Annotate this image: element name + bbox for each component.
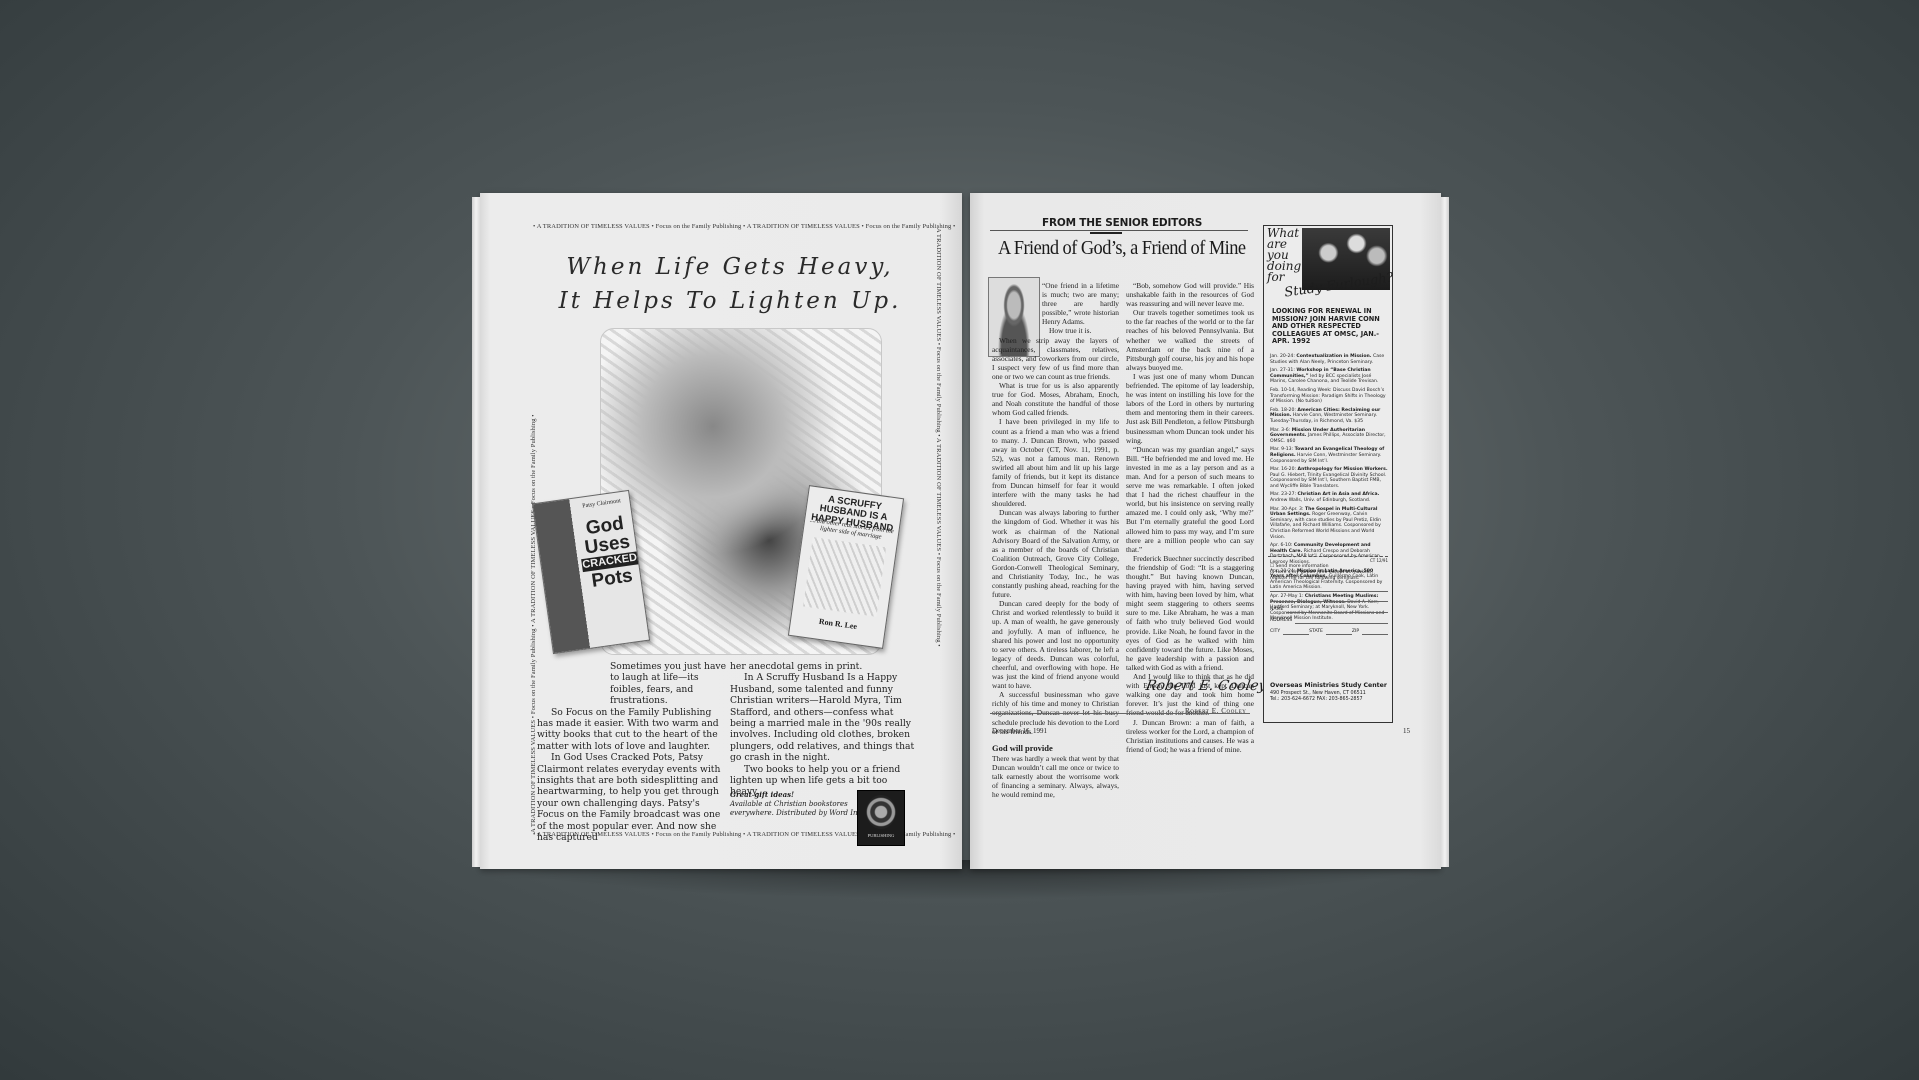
ad-paragraph: In God Uses Cracked Pots, Patsy Clairmon… xyxy=(537,752,727,843)
name-field[interactable]: NAME xyxy=(1270,606,1388,613)
zip-label: ZIP xyxy=(1352,629,1359,635)
seminar-item: Mar. 30-Apr. 3: The Gospel in Multi-Cult… xyxy=(1270,507,1388,541)
section-rule xyxy=(990,230,1248,231)
article-column-1: “One friend in a lifetime is much; two a… xyxy=(992,281,1119,799)
page-stack-edge xyxy=(1441,197,1449,867)
seminar-item: Feb. 18-20: American Cities: Reclaiming … xyxy=(1270,408,1388,425)
article-paragraph: Frederick Buechner succinctly described … xyxy=(1126,554,1254,672)
seminar-item: Mar. 3-6: Mission Under Authoritarian Go… xyxy=(1270,428,1388,445)
page-number: 15 xyxy=(1403,727,1410,735)
book2-author: Ron R. Lee xyxy=(795,613,881,634)
coupon-form: ☐ Send more information ☐ Here’s my tuit… xyxy=(1270,564,1388,635)
checkbox-label: Send more information xyxy=(1276,564,1329,569)
ad-paragraph: So Focus on the Family Publishing has ma… xyxy=(537,707,727,753)
coupon-cut-line xyxy=(1268,556,1388,557)
book-cover-god-uses-cracked-pots: Patsy Clairmont God Uses CRACKED Pots xyxy=(532,490,650,654)
ad-headline: When Life Gets Heavy, It Helps To Lighte… xyxy=(550,250,910,318)
footer-rule xyxy=(990,713,1250,714)
seminar-item: Mar. 9-13: Toward an Evangelical Theolog… xyxy=(1270,447,1388,464)
ad-border-left: A TRADITION OF TIMELESS VALUES • Focus o… xyxy=(530,414,537,833)
article-opening: “One friend in a lifetime is much; two a… xyxy=(1042,281,1119,336)
city-label: CITY xyxy=(1270,629,1280,635)
book1-author: Patsy Clairmont xyxy=(573,497,629,511)
article-paragraph: How true it is. xyxy=(1042,326,1119,335)
article-paragraph: “Bob, somehow God will provide.” His uns… xyxy=(1126,281,1254,308)
name-label: NAME xyxy=(1270,607,1283,613)
article-paragraph: I have been privileged in my life to cou… xyxy=(992,417,1119,508)
state-label: STATE xyxy=(1309,629,1323,635)
org-phone: Tel.: 203-624-6672 FAX: 203-865-2857 xyxy=(1270,697,1388,703)
ad-paragraph: Sometimes you just have to laugh at life… xyxy=(537,661,727,707)
article-headline: A Friend of God’s, a Friend of Mine xyxy=(998,237,1245,260)
ad-headline-line2: It Helps To Lighten Up. xyxy=(550,284,910,318)
coupon-code: CT 12/91 xyxy=(1370,558,1388,563)
seminar-item: Feb. 10-14, Reading Week: Discuss David … xyxy=(1270,388,1388,405)
book1-title: God Uses CRACKED Pots xyxy=(576,513,641,592)
omsc-sidebar-ad: What are you doing for Study Furlough? L… xyxy=(1263,225,1393,723)
address-label: ADDRESS xyxy=(1270,618,1292,624)
article-paragraph: Duncan cared deeply for the body of Chri… xyxy=(992,599,1119,690)
book-cover-scruffy-husband: A SCRUFFY HUSBAND IS A HAPPY HUSBAND ...… xyxy=(788,485,904,649)
city-state-zip-field[interactable]: CITY STATE ZIP xyxy=(1270,628,1388,635)
author-signature: Robert E. Cooley xyxy=(1145,678,1268,694)
publisher-logo: PUBLISHING xyxy=(857,790,905,846)
ad-body-column-1: Sometimes you just have to laugh at life… xyxy=(537,661,727,844)
ad-border-right: A TRADITION OF TIMELESS VALUES • Focus o… xyxy=(935,228,942,647)
checkbox-label: Here’s my tuition ($90 except as marked)… xyxy=(1270,570,1373,581)
ad-paragraph: her anecdotal gems in print. xyxy=(730,661,918,672)
publisher-logo-text: PUBLISHING xyxy=(858,833,904,838)
book1-title-top: God Uses xyxy=(583,513,631,558)
right-page-editorial: FROM THE SENIOR EDITORS A Friend of God’… xyxy=(970,193,1441,869)
article-subhead: God will provide xyxy=(992,744,1119,753)
gift-note: Great gift ideas! Available at Christian… xyxy=(730,790,870,818)
sidebar-script-words: What are you doing for xyxy=(1267,228,1307,283)
seminar-item: Mar. 16-20: Anthropology for Mission Wor… xyxy=(1270,467,1388,489)
article-paragraph: Our travels together sometimes took us t… xyxy=(1126,308,1254,372)
ad-border-top: • A TRADITION OF TIMELESS VALUES • Focus… xyxy=(533,223,955,230)
sidebar-headline: LOOKING FOR RENEWAL IN MISSION? JOIN HAR… xyxy=(1272,308,1387,346)
checkbox-register[interactable]: ☐ Here’s my tuition ($90 except as marke… xyxy=(1270,570,1388,582)
section-label: FROM THE SENIOR EDITORS xyxy=(1042,217,1202,229)
address-field[interactable]: ADDRESS xyxy=(1270,617,1388,624)
ad-headline-line1: When Life Gets Heavy, xyxy=(550,250,910,284)
article-paragraph: Duncan was always laboring to further th… xyxy=(992,508,1119,599)
book1-title-bottom: Pots xyxy=(590,565,634,592)
section-accent-rule xyxy=(1090,232,1122,234)
org-name: Overseas Ministries Study Center xyxy=(1270,682,1388,689)
publisher-seal-icon xyxy=(866,795,896,829)
seminar-item: Jan. 27-31: Workshop in “Base Christian … xyxy=(1270,368,1388,385)
page-stack-edge xyxy=(472,197,480,867)
issue-date: December 16, 1991 xyxy=(992,727,1047,735)
seminars-line-2[interactable] xyxy=(1270,592,1388,602)
seminar-item: Mar. 23-27: Christian Art in Asia and Af… xyxy=(1270,492,1388,503)
ad-body-column-2: her anecdotal gems in print. In A Scruff… xyxy=(730,661,918,798)
article-paragraph: “One friend in a lifetime is much; two a… xyxy=(1042,281,1119,326)
left-page-advertisement: • A TRADITION OF TIMELESS VALUES • Focus… xyxy=(480,193,962,869)
article-paragraph: I was just one of many whom Duncan befri… xyxy=(1126,372,1254,445)
article-paragraph: What is true for us is also apparently t… xyxy=(992,381,1119,417)
gift-text: Available at Christian bookstores everyw… xyxy=(730,800,864,817)
book2-illustration xyxy=(803,537,886,617)
article-paragraph: “Duncan was my guardian angel,” says Bil… xyxy=(1126,445,1254,554)
org-contact: 490 Prospect St., New Haven, CT 06511 Te… xyxy=(1270,691,1388,703)
seminars-line-1[interactable] xyxy=(1270,582,1388,592)
seminar-item: Jan. 20-24: Contextualization in Mission… xyxy=(1270,354,1388,365)
ad-paragraph: In A Scruffy Husband Is a Happy Husband,… xyxy=(730,672,918,763)
article-paragraph: There was hardly a week that went by tha… xyxy=(992,754,1119,799)
article-paragraph: When we strip away the layers of acquain… xyxy=(992,336,1119,381)
article-paragraph: J. Duncan Brown: a man of faith, a tirel… xyxy=(1126,718,1254,754)
gift-title: Great gift ideas! xyxy=(730,790,794,799)
